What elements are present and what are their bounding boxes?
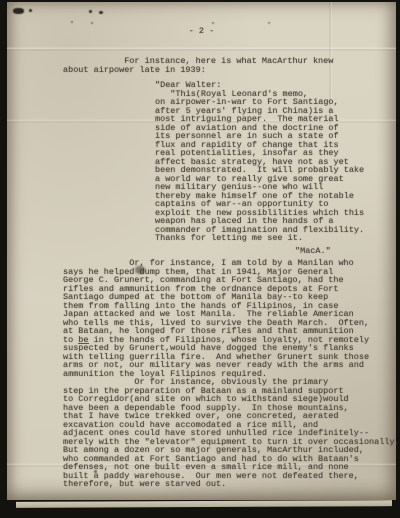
ink-speck [99, 11, 103, 14]
quoted-letter-body: "Dear Walter: "This(Royal Leonard's memo… [155, 81, 364, 243]
underline-emphasis [78, 343, 89, 344]
ink-speck [71, 21, 73, 23]
horizontal-fold-crease [7, 47, 396, 51]
ink-speck [29, 9, 32, 12]
ink-speck [89, 10, 92, 13]
letter-signature: "MacA." [295, 247, 331, 256]
page-number: - 2 - [7, 27, 396, 36]
ink-speck [212, 22, 214, 24]
ink-smudge [135, 266, 145, 274]
ink-speck [268, 22, 270, 24]
intro-paragraph: For instance, here is what MacArthur kne… [63, 57, 333, 74]
scanned-typewritten-page: { "document": { "page_number": "- 2 -", … [0, 0, 400, 518]
main-paragraphs: Or, for instance, I am told by a Manilan… [63, 259, 400, 489]
under-sheet-edge [16, 500, 392, 508]
paper-sheet: - 2 - For instance, here is what MacArth… [7, 2, 396, 500]
ink-speck [94, 470, 97, 473]
ink-speck [91, 22, 93, 24]
ink-smudge [13, 8, 24, 14]
